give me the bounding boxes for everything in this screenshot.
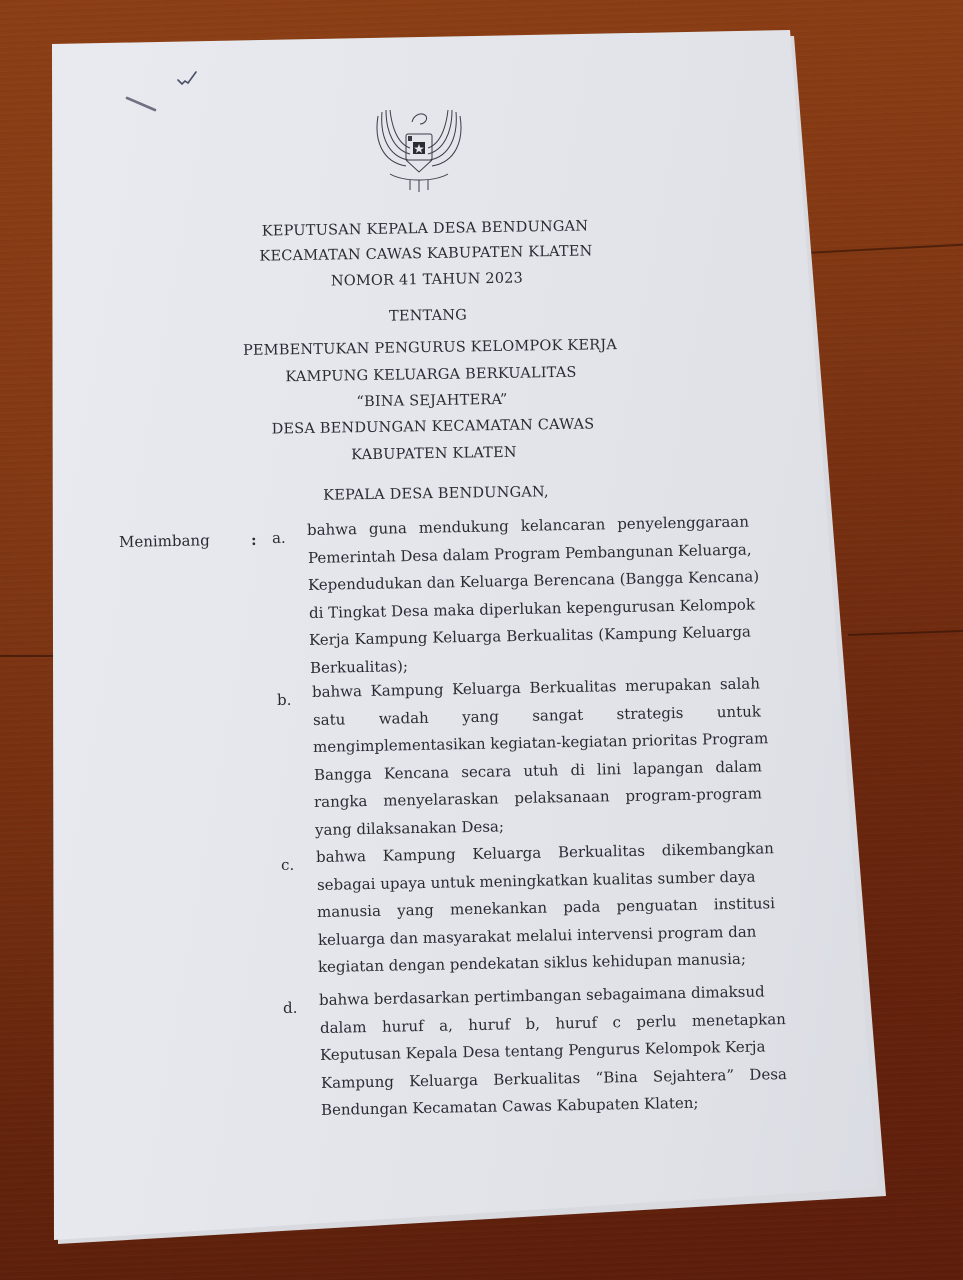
decree-number: NOMOR 41 TAHUN 2023 xyxy=(331,270,523,289)
item-letter: a. xyxy=(272,529,286,547)
item-letter: b. xyxy=(277,691,292,709)
issuer-heading: KEPALA DESA BENDUNGAN, xyxy=(323,484,549,504)
item-text-line: satuwadahyangsangatstrategisuntuk xyxy=(312,702,760,729)
subject-line-4: DESA BENDUNGAN KECAMATAN CAWAS xyxy=(272,416,595,437)
item-text-line: Keputusan Kepala Desa tentang Pengurus K… xyxy=(320,1038,766,1065)
tentang-label: TENTANG xyxy=(389,307,467,324)
item-text-line: BanggaKencanasecarautuhdilinilapangandal… xyxy=(314,757,762,784)
item-text-line: Pemerintah Desa dalam Program Pembanguna… xyxy=(307,540,751,567)
item-text-line: yang dilaksanakan Desa; xyxy=(315,817,504,839)
item-text-line: bahwaKampungKeluargaBerkualitasmerupakan… xyxy=(312,674,760,701)
checkmark-icon xyxy=(176,70,200,88)
item-text-line: bahwagunamendukungkelancaranpenyelenggar… xyxy=(307,513,749,539)
section-colon: : xyxy=(251,531,257,549)
pen-dash-mark xyxy=(124,94,158,114)
item-text-line: Bendungan Kecamatan Cawas Kabupaten Klat… xyxy=(321,1094,699,1119)
item-text-line: mengimplementasikan kegiatan-kegiatan pr… xyxy=(313,729,769,756)
subject-line-2: KAMPUNG KELUARGA BERKUALITAS xyxy=(285,365,576,386)
subject-line-3: “BINA SEJAHTERA” xyxy=(356,392,507,410)
section-label-menimbang: Menimbang xyxy=(119,531,210,551)
item-text-line: rangkamenyelaraskanpelaksanaanprogram-pr… xyxy=(314,785,762,812)
subject-line-1: PEMBENTUKAN PENGURUS KELOMPOK KERJA xyxy=(243,337,617,359)
item-text-line: bahwaKampungKeluargaBerkualitasdikembang… xyxy=(316,839,774,866)
item-text-line: di Tingkat Desa maka diperlukan kepengur… xyxy=(309,595,755,622)
item-text-line: KerjaKampungKeluargaBerkualitas(KampungK… xyxy=(309,623,751,649)
subject-line-5: KABUPATEN KLATEN xyxy=(351,445,517,464)
item-text-line: KampungKeluargaBerkualitas“BinaSejahtera… xyxy=(321,1065,787,1092)
item-text-line: keluarga dan masyarakat melalui interven… xyxy=(318,922,757,948)
item-text-line: bahwa berdasarkan pertimbangan sebagaima… xyxy=(319,982,765,1009)
item-letter: c. xyxy=(281,856,295,874)
document-content: KEPUTUSAN KEPALA DESA BENDUNGAN KECAMATA… xyxy=(0,0,963,1280)
item-text-line: kegiatan dengan pendekatan siklus kehidu… xyxy=(318,950,746,976)
item-text-line: Kependudukan dan Keluarga Berencana (Ban… xyxy=(308,568,759,595)
title-line-2: KECAMATAN CAWAS KABUPATEN KLATEN xyxy=(259,243,592,264)
item-text-line: dalamhurufa,hurufb,hurufcperlumenetapkan xyxy=(319,1010,785,1037)
title-line-1: KEPUTUSAN KEPALA DESA BENDUNGAN xyxy=(262,218,589,239)
item-text-line: manusiayangmenekankanpadapenguataninstit… xyxy=(317,894,775,921)
item-letter: d. xyxy=(283,999,298,1017)
item-text-line: sebagai upaya untuk meningkatkan kualita… xyxy=(316,867,755,893)
garuda-emblem-icon xyxy=(370,100,468,194)
item-text-line: Berkualitas); xyxy=(310,657,408,677)
